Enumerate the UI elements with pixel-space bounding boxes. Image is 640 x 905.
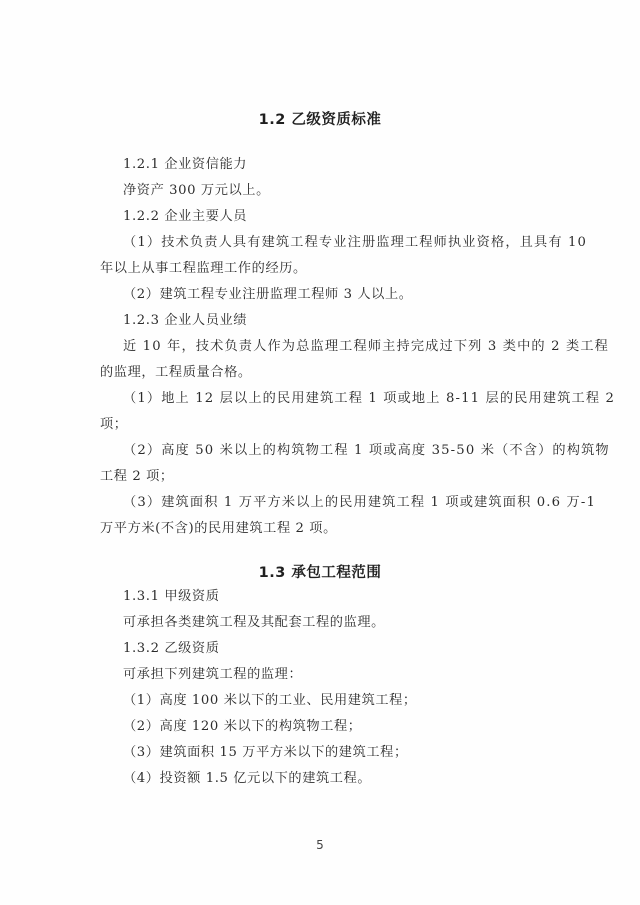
subsection-title-1-2-1: 1.2.1 企业资信能力: [123, 156, 247, 174]
scope-item-3: （3）建筑面积 15 万平方米以下的建筑工程；: [123, 744, 408, 762]
section-heading-1-3: 1.3 承包工程范围: [0, 561, 640, 582]
performance-item-3-line-2: 万平方米(不含)的民用建筑工程 2 项。: [100, 520, 337, 538]
paragraph-net-assets: 净资产 300 万元以上。: [123, 182, 270, 200]
paragraph-class-a-scope: 可承担各类建筑工程及其配套工程的监理。: [123, 614, 385, 632]
subsection-title-1-3-2: 1.3.2 乙级资质: [123, 640, 220, 658]
paragraph-class-b-intro: 可承担下列建筑工程的监理：: [123, 666, 302, 684]
performance-intro-line-2: 的监理，工程质量合格。: [100, 364, 252, 382]
personnel-item-2: （2）建筑工程专业注册监理工程师 3 人以上。: [123, 286, 413, 304]
personnel-item-1-line-1: （1）技术负责人具有建筑工程专业注册监理工程师执业资格，且具有 10: [123, 234, 587, 252]
section-heading-1-2: 1.2 乙级资质标准: [0, 108, 640, 129]
subsection-title-1-3-1: 1.3.1 甲级资质: [123, 588, 220, 606]
performance-intro-line-1: 近 10 年，技术负责人作为总监理工程师主持完成过下列 3 类中的 2 类工程: [123, 338, 609, 356]
performance-item-2-line-1: （2）高度 50 米以上的构筑物工程 1 项或高度 35-50 米（不含）的构筑…: [123, 442, 610, 460]
subsection-title-1-2-3: 1.2.3 企业人员业绩: [123, 312, 247, 330]
document-page: 1.2 乙级资质标准 1.2.1 企业资信能力 净资产 300 万元以上。 1.…: [0, 0, 640, 905]
scope-item-4: （4）投资额 1.5 亿元以下的建筑工程。: [123, 770, 371, 788]
scope-item-2: （2）高度 120 米以下的构筑物工程；: [123, 718, 362, 736]
subsection-title-1-2-2: 1.2.2 企业主要人员: [123, 208, 247, 226]
performance-item-2-line-2: 工程 2 项；: [100, 468, 174, 486]
performance-item-1-line-2: 项；: [100, 416, 128, 434]
personnel-item-1-line-2: 年以上从事工程监理工作的经历。: [100, 260, 307, 278]
performance-item-3-line-1: （3）建筑面积 1 万平方米以上的民用建筑工程 1 项或建筑面积 0.6 万-1: [123, 494, 596, 512]
page-number: 5: [0, 838, 640, 852]
scope-item-1: （1）高度 100 米以下的工业、民用建筑工程；: [123, 692, 417, 710]
performance-item-1-line-1: （1）地上 12 层以上的民用建筑工程 1 项或地上 8-11 层的民用建筑工程…: [123, 390, 615, 408]
